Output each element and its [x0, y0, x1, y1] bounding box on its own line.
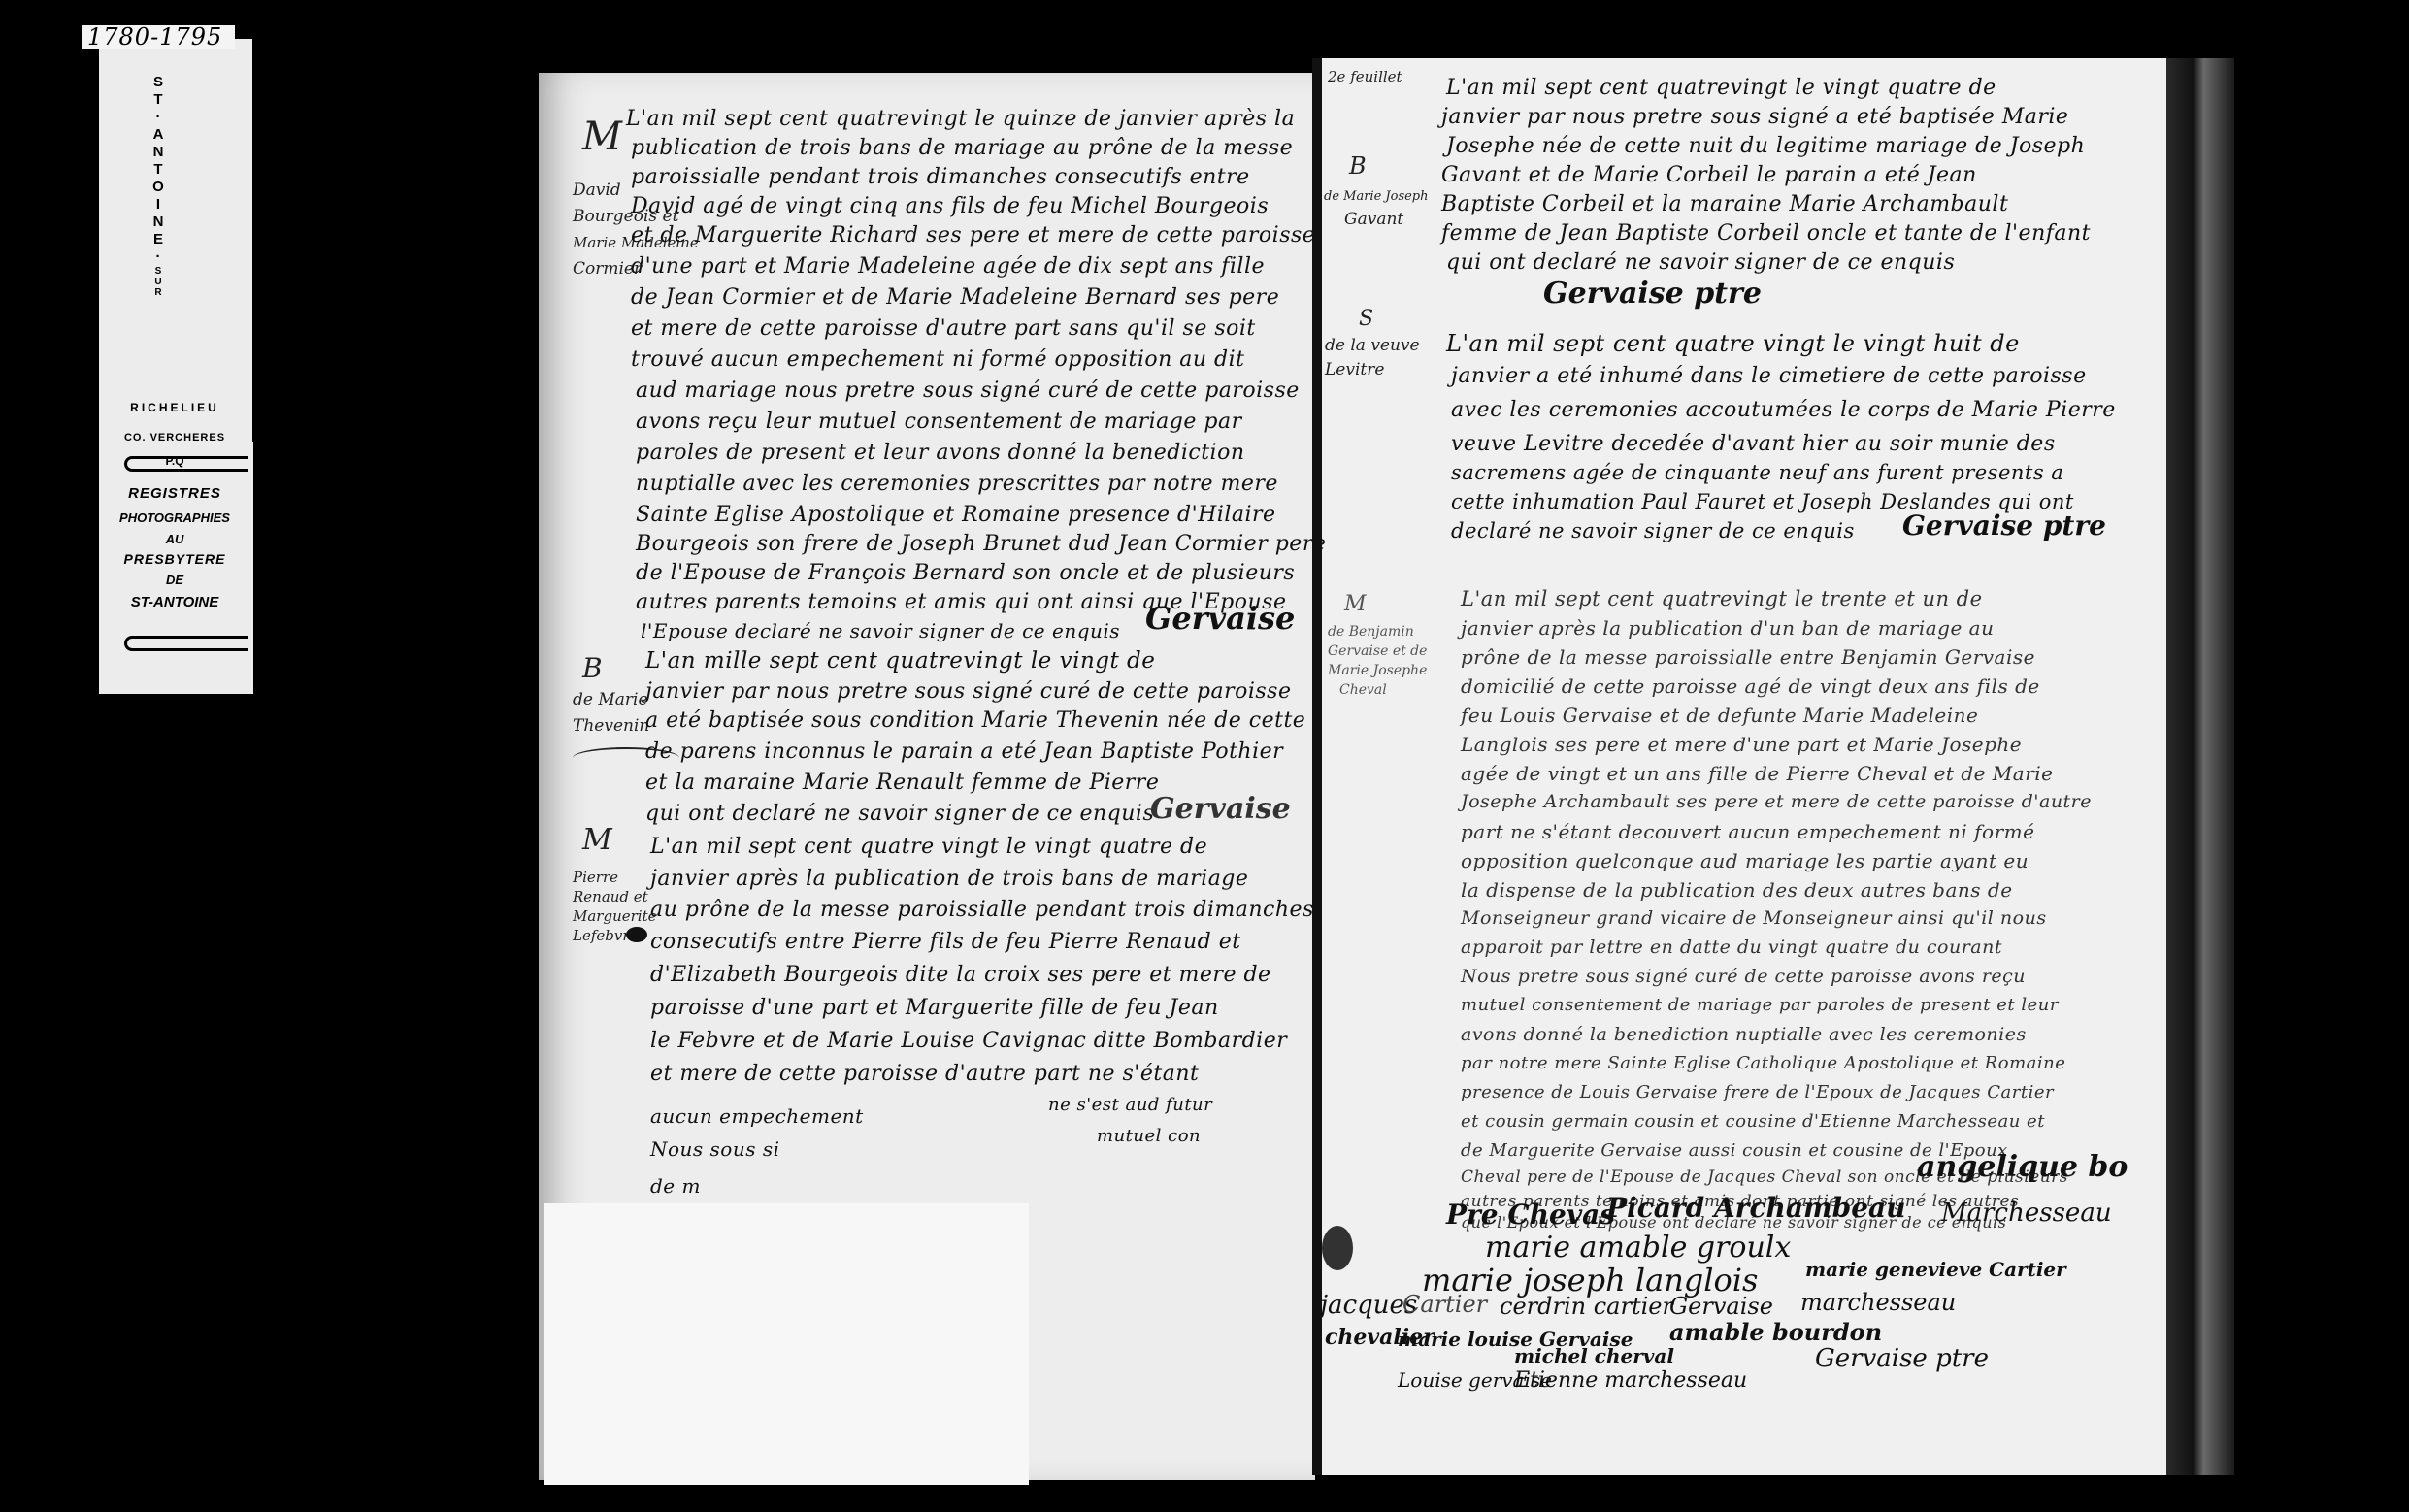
torn-page-corner — [544, 1203, 1029, 1485]
book-gutter — [1312, 58, 1322, 1475]
label-line-au: AU — [97, 532, 252, 546]
priest-signature: Gervaise — [1145, 600, 1295, 637]
label-line-richelieu: RICHELIEU — [97, 401, 252, 414]
paper-clip-icon — [124, 636, 248, 651]
label-line-st-antoine: ST-ANTOINE — [97, 594, 252, 610]
ink-blot — [1322, 1226, 1353, 1270]
priest-signature: Gervaise — [1150, 792, 1291, 826]
year-range-label: 1780-1795 — [82, 25, 235, 49]
priest-signature: Gervaise ptre — [1543, 277, 1762, 311]
label-line-photographies: PHOTOGRAPHIES — [97, 510, 252, 525]
label-line-presbytere: PRESBYTERE — [97, 551, 252, 567]
label-line-de: DE — [97, 573, 252, 587]
label-line-county: CO. VERCHERES — [97, 432, 252, 444]
priest-signature: Gervaise ptre — [1902, 509, 2106, 542]
parish-name-vertical: S T · A N T O I N E · S U R — [150, 74, 166, 298]
book-edge — [2166, 58, 2234, 1475]
ink-blot — [626, 927, 647, 942]
label-line-registres: REGISTRES — [97, 485, 252, 502]
label-line-province: P.Q — [97, 454, 252, 468]
